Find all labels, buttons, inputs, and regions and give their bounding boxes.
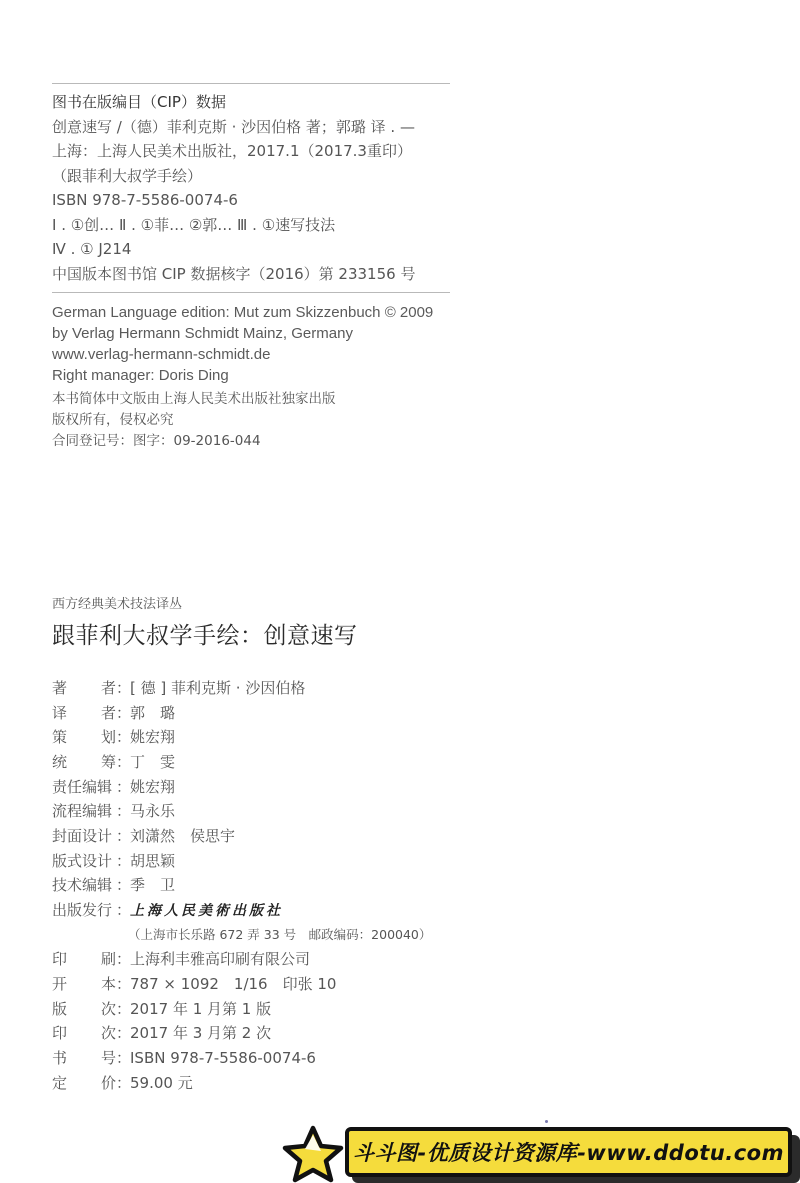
credits-list: 著者 ： [ 德 ] 菲利克斯 · 沙因伯格 译者 ： 郭 璐 策划 ： 姚宏翔…: [52, 675, 552, 1095]
credit-value: 丁 雯: [130, 751, 552, 772]
rights-line-en: German Language edition: Mut zum Skizzen…: [52, 302, 472, 323]
cip-line: Ⅳ . ① J214: [52, 237, 472, 262]
rights-line-zh: 本书简体中文版由上海人民美术出版社独家出版: [52, 389, 472, 410]
credit-value: ISBN 978-7-5586-0074-6: [130, 1049, 552, 1067]
publisher-address: （上海市长乐路 672 弄 33 号 邮政编码：200040）: [52, 922, 552, 947]
cip-line: （跟菲利大叔学手绘）: [52, 164, 472, 189]
credit-value: 上海利丰雅高印刷有限公司: [130, 948, 552, 969]
publisher-logo: 上海人民美術出版社: [130, 900, 552, 920]
credit-value: 季 卫: [130, 874, 552, 895]
cip-line: 中国版本图书馆 CIP 数据核字（2016）第 233156 号: [52, 262, 472, 287]
credit-value: 马永乐: [130, 800, 552, 821]
rights-block: German Language edition: Mut zum Skizzen…: [52, 302, 472, 452]
credit-row-tech-editor: 技术编辑 ： 季 卫: [52, 873, 552, 898]
star-icon: [281, 1125, 345, 1183]
stray-dot: [545, 1120, 548, 1123]
credit-row-price: 定价 ： 59.00 元: [52, 1070, 552, 1095]
rights-url: www.verlag-hermann-schmidt.de: [52, 344, 472, 365]
credit-row-isbn: 书号 ： ISBN 978-7-5586-0074-6: [52, 1045, 552, 1070]
credit-row-printing: 印次 ： 2017 年 3 月第 2 次: [52, 1021, 552, 1046]
credit-row-author: 著者 ： [ 德 ] 菲利克斯 · 沙因伯格: [52, 675, 552, 700]
credit-value: [ 德 ] 菲利克斯 · 沙因伯格: [130, 677, 552, 698]
contract-number: 合同登记号：图字：09-2016-044: [52, 431, 472, 452]
credit-row-cover-design: 封面设计 ： 刘潇然 侯思宇: [52, 823, 552, 848]
credit-row-translator: 译者 ： 郭 璐: [52, 700, 552, 725]
watermark-text: 斗斗图-优质设计资源库-www.ddotu.com: [353, 1137, 784, 1167]
credit-row-planner: 策划 ： 姚宏翔: [52, 724, 552, 749]
rights-manager: Right manager: Doris Ding: [52, 365, 472, 386]
credit-row-layout-design: 版式设计 ： 胡思颖: [52, 848, 552, 873]
credit-value: 胡思颖: [130, 850, 552, 871]
credit-value: 姚宏翔: [130, 776, 552, 797]
cip-line: Ⅰ . ①创… Ⅱ . ①菲… ②郭… Ⅲ . ①速写技法: [52, 213, 472, 238]
credit-row-format: 开本 ： 787 × 1092 1/16 印张 10: [52, 971, 552, 996]
middle-rule: [52, 292, 450, 293]
top-rule: [52, 83, 450, 84]
credit-row-publisher: 出版发行 ： 上海人民美術出版社: [52, 897, 552, 922]
cip-line: 创意速写 /（德）菲利克斯 · 沙因伯格 著；郭璐 译 . —: [52, 115, 472, 140]
series-name: 西方经典美术技法译丛: [52, 593, 182, 612]
credit-row-editor: 责任编辑 ： 姚宏翔: [52, 774, 552, 799]
credit-value: 2017 年 3 月第 2 次: [130, 1022, 552, 1043]
watermark-banner[interactable]: 斗斗图-优质设计资源库-www.ddotu.com: [345, 1127, 792, 1177]
book-title: 跟菲利大叔学手绘：创意速写: [52, 617, 358, 650]
cip-line: 上海：上海人民美术出版社，2017.1（2017.3重印）: [52, 139, 472, 164]
cip-heading: 图书在版编目（CIP）数据: [52, 90, 472, 115]
credit-value: 郭 璐: [130, 702, 552, 723]
rights-line-en: by Verlag Hermann Schmidt Mainz, Germany: [52, 323, 472, 344]
credit-row-coordinator: 统筹 ： 丁 雯: [52, 749, 552, 774]
credit-value: 2017 年 1 月第 1 版: [130, 998, 552, 1019]
cip-block: 图书在版编目（CIP）数据 创意速写 /（德）菲利克斯 · 沙因伯格 著；郭璐 …: [52, 90, 472, 286]
credit-value: 姚宏翔: [130, 726, 552, 747]
credit-value: 刘潇然 侯思宇: [130, 825, 552, 846]
credit-row-process-editor: 流程编辑 ： 马永乐: [52, 798, 552, 823]
credit-value: 787 × 1092 1/16 印张 10: [130, 973, 552, 994]
credit-row-printer: 印刷 ： 上海利丰雅高印刷有限公司: [52, 947, 552, 972]
credit-row-edition: 版次 ： 2017 年 1 月第 1 版: [52, 996, 552, 1021]
rights-line-zh: 版权所有，侵权必究: [52, 410, 472, 431]
cip-isbn: ISBN 978-7-5586-0074-6: [52, 188, 472, 213]
credit-value: 59.00 元: [130, 1072, 552, 1093]
